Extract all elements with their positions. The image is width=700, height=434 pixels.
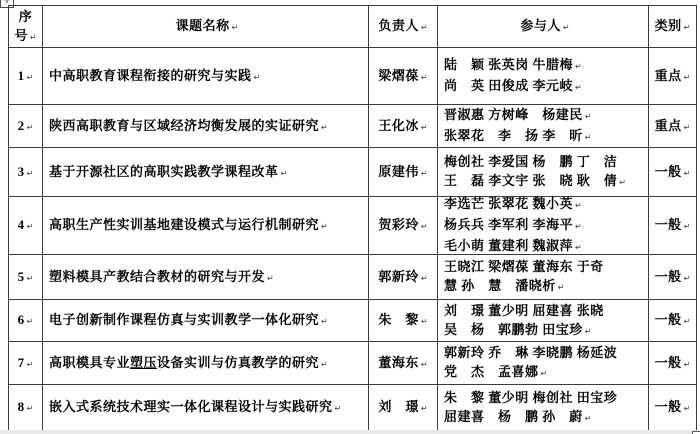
header-line: 类别↵ bbox=[655, 16, 691, 37]
cell-category: 一般↵ bbox=[649, 255, 697, 300]
cell-text: 电子创新制作课程仿真与实训教学一体化研究 bbox=[49, 312, 319, 327]
cell-text: 梁熠葆 bbox=[378, 68, 419, 83]
paragraph-mark-icon: ↵ bbox=[421, 23, 428, 32]
cell-text: 中高职教育课程衔接的研究与实践 bbox=[49, 68, 252, 83]
header-line: 号↵ bbox=[14, 26, 36, 47]
participants-line: 党 杰 孟喜娜↵ bbox=[444, 362, 547, 383]
index-line: 4↵ bbox=[18, 215, 34, 236]
participants-line: 慧 孙 慧 潘晓析↵ bbox=[444, 276, 564, 297]
word-document-page: ✛ 序号↵课题名称↵负责人↵参与人↵类别↵↵1↵中高职教育课程衔接的研究与实践↵… bbox=[0, 0, 700, 434]
topic-line: 塑料模具产教结合教材的研究与开发↵ bbox=[49, 267, 274, 288]
paragraph-mark-icon: ↵ bbox=[558, 283, 565, 292]
paragraph-mark-icon: ↵ bbox=[684, 404, 691, 413]
category-badge: 一般↵ bbox=[655, 267, 691, 288]
paragraph-mark-icon: ↵ bbox=[684, 360, 691, 369]
paragraph-mark-icon: ↵ bbox=[684, 169, 691, 178]
cell-topic: 高职模具专业塑压设备实训与仿真教学的研究↵ bbox=[43, 342, 369, 385]
cell-text: 3 bbox=[18, 164, 25, 179]
cell-index: 3↵ bbox=[9, 148, 43, 197]
participants-line: 刘 璟 董少明 屈建喜 张晓 bbox=[444, 301, 604, 320]
cell-text: 党 杰 孟喜娜 bbox=[444, 364, 539, 379]
cell-text: 吴 杨 郭鹏勃 田宝珍 bbox=[444, 322, 583, 337]
cell-index: 6↵ bbox=[9, 300, 43, 342]
cell-index: 4↵ bbox=[9, 197, 43, 255]
paragraph-mark-icon: ↵ bbox=[575, 201, 582, 210]
cell-text: 王晓江 梁熠葆 董海东 于奇 bbox=[444, 259, 604, 274]
topic-line: 中高职教育课程衔接的研究与实践↵ bbox=[49, 66, 260, 87]
paragraph-mark-icon: ↵ bbox=[27, 274, 34, 283]
cell-index: 8↵ bbox=[9, 385, 43, 431]
cell-participants: 晋淑惠 方树峰 杨建民↵张翠花 李 扬 李 昕↵ bbox=[438, 105, 649, 148]
cell-text: 刘 璟 董少明 屈建喜 张晓 bbox=[444, 303, 604, 318]
paragraph-mark-icon: ↵ bbox=[684, 317, 691, 326]
paragraph-mark-icon: ↵ bbox=[684, 222, 691, 231]
header-cell-category: 类别↵ bbox=[649, 6, 697, 48]
paragraph-mark-icon: ↵ bbox=[575, 62, 582, 71]
category-badge: 重点↵ bbox=[655, 116, 691, 137]
cell-text: 5 bbox=[18, 269, 25, 284]
cell-text: 负责人 bbox=[378, 18, 419, 33]
participants-line: 毛小萌 董建利 魏淑萍↵ bbox=[444, 236, 582, 257]
paragraph-mark-icon: ↵ bbox=[575, 83, 582, 92]
paragraph-mark-icon: ↵ bbox=[619, 178, 626, 187]
paragraph-mark-icon: ↵ bbox=[27, 404, 34, 413]
cell-text: 王化冰 bbox=[378, 118, 419, 133]
paragraph-mark-icon: ↵ bbox=[421, 360, 428, 369]
participants-line: 屈建喜 杨 鹏 孙 蔚↵ bbox=[444, 407, 591, 428]
cell-text: 贺彩玲 bbox=[378, 217, 419, 232]
cell-text: 4 bbox=[18, 217, 25, 232]
paragraph-mark-icon: ↵ bbox=[267, 274, 274, 283]
index-line: 5↵ bbox=[18, 267, 34, 288]
paragraph-mark-icon: ↵ bbox=[281, 169, 288, 178]
paragraph-mark-icon: ↵ bbox=[27, 360, 34, 369]
paragraph-mark-icon: ↵ bbox=[684, 73, 691, 82]
page-edge-strip bbox=[0, 430, 700, 434]
cell-text: 郭新玲 乔 琳 李晓鹏 杨延波 bbox=[444, 345, 617, 360]
header-line: 负责人↵ bbox=[378, 16, 427, 37]
paragraph-mark-icon: ↵ bbox=[321, 123, 328, 132]
leader-line: 郭新玲↵ bbox=[378, 267, 427, 288]
cell-category: 一般↵ bbox=[649, 197, 697, 255]
cell-text: 郭新玲 bbox=[378, 269, 419, 284]
cell-text: 张翠花 李 扬 李 昕 bbox=[444, 128, 583, 143]
participants-line: 张翠花 李 扬 李 昕↵ bbox=[444, 126, 591, 147]
cell-index: 2↵ bbox=[9, 105, 43, 148]
cell-topic: 嵌入式系统技术理实一体化课程设计与实践研究↵ bbox=[43, 385, 369, 431]
category-badge: 一般↵ bbox=[655, 215, 691, 236]
paragraph-mark-icon: ↵ bbox=[335, 404, 342, 413]
cell-text: 晋淑惠 方树峰 杨建民 bbox=[444, 107, 583, 122]
cell-text: 一般 bbox=[655, 399, 682, 414]
category-badge: 一般↵ bbox=[655, 397, 691, 418]
paragraph-mark-icon: ↵ bbox=[27, 73, 34, 82]
cell-topic: 电子创新制作课程仿真与实训教学一体化研究↵ bbox=[43, 300, 369, 342]
cell-category: 一般↵ bbox=[649, 148, 697, 197]
cell-text: 董海东 bbox=[378, 355, 419, 370]
cell-text: 刘 璟 bbox=[378, 399, 419, 414]
header-cell-index: 序号↵ bbox=[9, 6, 43, 48]
cell-text: 重点 bbox=[655, 68, 682, 83]
cell-category: 一般↵ bbox=[649, 385, 697, 431]
cell-topic: 塑料模具产教结合教材的研究与开发↵ bbox=[43, 255, 369, 300]
cell-leader: 原建伟↵ bbox=[369, 148, 438, 197]
cell-text: 类别 bbox=[655, 18, 682, 33]
paragraph-mark-icon: ↵ bbox=[421, 317, 428, 326]
participants-line: 朱 黎 董少明 梅创社 田宝珍 bbox=[444, 388, 617, 407]
paragraph-mark-icon: ↵ bbox=[321, 222, 328, 231]
category-badge: 一般↵ bbox=[655, 353, 691, 374]
cell-text: 原建伟 bbox=[378, 164, 419, 179]
paragraph-mark-icon: ↵ bbox=[563, 23, 570, 32]
cell-text: 基于开源社区的高职实践教学课程改革 bbox=[49, 164, 279, 179]
cell-text: 重点 bbox=[655, 118, 682, 133]
cell-text: 朱 黎 bbox=[378, 312, 419, 327]
topic-line: 高职生产性实训基地建设模式与运行机制研究↵ bbox=[49, 215, 328, 236]
cell-leader: 朱 黎↵ bbox=[369, 300, 438, 342]
cell-participants: 刘 璟 董少明 屈建喜 张晓吴 杨 郭鹏勃 田宝珍↵ bbox=[438, 300, 649, 342]
index-line: 6↵ bbox=[18, 310, 34, 331]
cell-text: 一般 bbox=[655, 269, 682, 284]
paragraph-mark-icon: ↵ bbox=[541, 369, 548, 378]
cell-topic: 中高职教育课程衔接的研究与实践↵ bbox=[43, 48, 369, 105]
category-badge: 一般↵ bbox=[655, 310, 691, 331]
paragraph-mark-icon: ↵ bbox=[321, 317, 328, 326]
results-table: 序号↵课题名称↵负责人↵参与人↵类别↵↵1↵中高职教育课程衔接的研究与实践↵梁熠… bbox=[8, 5, 697, 431]
paragraph-mark-icon: ↵ bbox=[27, 317, 34, 326]
leader-line: 贺彩玲↵ bbox=[378, 215, 427, 236]
cell-text: 朱 黎 董少明 梅创社 田宝珍 bbox=[444, 390, 617, 405]
leader-line: 梁熠葆↵ bbox=[378, 66, 427, 87]
participants-line: 陆 颖 张英岗 牛腊梅↵ bbox=[444, 55, 582, 76]
participants-line: 王晓江 梁熠葆 董海东 于奇 bbox=[444, 257, 604, 276]
cell-index: 1↵ bbox=[9, 48, 43, 105]
cell-text: 杨兵兵 李军利 李海平 bbox=[444, 217, 573, 232]
cell-leader: 郭新玲↵ bbox=[369, 255, 438, 300]
cell-index: 5↵ bbox=[9, 255, 43, 300]
cell-participants: 陆 颖 张英岗 牛腊梅↵尚 英 田俊成 李元岐↵ bbox=[438, 48, 649, 105]
cell-text: 塑料模具产教结合教材的研究与开发 bbox=[49, 269, 265, 284]
cell-text: 王 磊 李文宇 张 晓 耿 倩 bbox=[444, 173, 617, 188]
cell-text: 一般 bbox=[655, 164, 682, 179]
paragraph-mark-icon: ↵ bbox=[254, 73, 261, 82]
paragraph-mark-icon: ↵ bbox=[232, 23, 239, 32]
header-line: 参与人↵ bbox=[520, 16, 569, 37]
participants-line: 王 磊 李文宇 张 晓 耿 倩↵ bbox=[444, 171, 626, 192]
paragraph-mark-icon: ↵ bbox=[30, 33, 37, 42]
cell-text: 陆 颖 张英岗 牛腊梅 bbox=[444, 57, 573, 72]
cell-topic: 陕西高职教育与区域经济均衡发展的实证研究↵ bbox=[43, 105, 369, 148]
cell-text: 梅创社 李爱国 杨 鹏 丁 洁 bbox=[444, 154, 617, 169]
table-header-row: 序号↵课题名称↵负责人↵参与人↵类别↵↵ bbox=[9, 6, 697, 48]
index-line: 7↵ bbox=[18, 353, 34, 374]
participants-line: 郭新玲 乔 琳 李晓鹏 杨延波 bbox=[444, 343, 617, 362]
cell-category: 重点↵ bbox=[649, 48, 697, 105]
paragraph-mark-icon: ↵ bbox=[585, 327, 592, 336]
cell-category: 重点↵ bbox=[649, 105, 697, 148]
table-row: 5↵塑料模具产教结合教材的研究与开发↵郭新玲↵王晓江 梁熠葆 董海东 于奇慧 孙… bbox=[9, 255, 697, 300]
index-line: 8↵ bbox=[18, 397, 34, 418]
index-line: 1↵ bbox=[18, 66, 34, 87]
cell-participants: 王晓江 梁熠葆 董海东 于奇慧 孙 慧 潘晓析↵ bbox=[438, 255, 649, 300]
cell-leader: 贺彩玲↵ bbox=[369, 197, 438, 255]
cell-participants: 梅创社 李爱国 杨 鹏 丁 洁王 磊 李文宇 张 晓 耿 倩↵ bbox=[438, 148, 649, 197]
cell-category: 一般↵ bbox=[649, 342, 697, 385]
index-line: 2↵ bbox=[18, 116, 34, 137]
cell-text: 号 bbox=[14, 28, 28, 43]
cell-text: 嵌入式系统技术理实一体化课程设计与实践研究 bbox=[49, 399, 333, 414]
participants-line: 尚 英 田俊成 李元岐↵ bbox=[444, 76, 582, 97]
paragraph-mark-icon: ↵ bbox=[421, 73, 428, 82]
table-row: 2↵陕西高职教育与区域经济均衡发展的实证研究↵王化冰↵晋淑惠 方树峰 杨建民↵张… bbox=[9, 105, 697, 148]
leader-line: 董海东↵ bbox=[378, 353, 427, 374]
topic-line: 高职模具专业塑压设备实训与仿真教学的研究↵ bbox=[49, 353, 328, 374]
cell-text: 一般 bbox=[655, 355, 682, 370]
cell-text: 参与人 bbox=[520, 18, 561, 33]
paragraph-mark-icon: ↵ bbox=[575, 243, 582, 252]
topic-line: 嵌入式系统技术理实一体化课程设计与实践研究↵ bbox=[49, 397, 341, 418]
cell-text: 课题名称 bbox=[176, 18, 230, 33]
participants-line: 杨兵兵 李军利 李海平↵ bbox=[444, 215, 582, 236]
cell-text: 7 bbox=[18, 355, 25, 370]
cell-text: 一般 bbox=[655, 312, 682, 327]
cell-text: 8 bbox=[18, 399, 25, 414]
header-cell-participants: 参与人↵ bbox=[438, 6, 649, 48]
cell-text: 2 bbox=[18, 118, 25, 133]
participants-line: 梅创社 李爱国 杨 鹏 丁 洁 bbox=[444, 152, 617, 171]
header-cell-topic: 课题名称↵ bbox=[43, 6, 369, 48]
paragraph-mark-icon: ↵ bbox=[27, 123, 34, 132]
paragraph-mark-icon: ↵ bbox=[421, 222, 428, 231]
paragraph-mark-icon: ↵ bbox=[684, 274, 691, 283]
underlined-text: 塑压 bbox=[130, 355, 157, 370]
index-line: 3↵ bbox=[18, 162, 34, 183]
cell-text: 高职模具专业塑压设备实训与仿真教学的研究 bbox=[49, 355, 319, 370]
paragraph-mark-icon: ↵ bbox=[684, 123, 691, 132]
cell-text: 李选芒 张翠花 魏小英 bbox=[444, 196, 573, 211]
paragraph-mark-icon: ↵ bbox=[421, 404, 428, 413]
cell-participants: 郭新玲 乔 琳 李晓鹏 杨延波党 杰 孟喜娜↵ bbox=[438, 342, 649, 385]
paragraph-mark-icon: ↵ bbox=[421, 169, 428, 178]
paragraph-mark-icon: ↵ bbox=[684, 23, 691, 32]
cell-index: 7↵ bbox=[9, 342, 43, 385]
cell-category: 一般↵ bbox=[649, 300, 697, 342]
category-badge: 一般↵ bbox=[655, 162, 691, 183]
cell-text: 毛小萌 董建利 魏淑萍 bbox=[444, 238, 573, 253]
table-row: 4↵高职生产性实训基地建设模式与运行机制研究↵贺彩玲↵李选芒 张翠花 魏小英↵杨… bbox=[9, 197, 697, 255]
table-row: 1↵中高职教育课程衔接的研究与实践↵梁熠葆↵陆 颖 张英岗 牛腊梅↵尚 英 田俊… bbox=[9, 48, 697, 105]
cell-text: 一般 bbox=[655, 217, 682, 232]
cell-participants: 朱 黎 董少明 梅创社 田宝珍屈建喜 杨 鹏 孙 蔚↵ bbox=[438, 385, 649, 431]
cell-text: 尚 英 田俊成 李元岐 bbox=[444, 78, 573, 93]
header-cell-leader: 负责人↵ bbox=[369, 6, 438, 48]
participants-line: 晋淑惠 方树峰 杨建民↵ bbox=[444, 105, 591, 126]
table-row: 6↵电子创新制作课程仿真与实训教学一体化研究↵朱 黎↵刘 璟 董少明 屈建喜 张… bbox=[9, 300, 697, 342]
leader-line: 原建伟↵ bbox=[378, 162, 427, 183]
cell-text: 慧 孙 慧 潘晓析 bbox=[444, 278, 556, 293]
cell-participants: 李选芒 张翠花 魏小英↵杨兵兵 李军利 李海平↵毛小萌 董建利 魏淑萍↵ bbox=[438, 197, 649, 255]
paragraph-mark-icon: ↵ bbox=[575, 222, 582, 231]
cell-text: 屈建喜 杨 鹏 孙 蔚 bbox=[444, 409, 583, 424]
header-line: 课题名称↵ bbox=[176, 16, 239, 37]
participants-line: 吴 杨 郭鹏勃 田宝珍↵ bbox=[444, 320, 591, 341]
cell-text: 序 bbox=[19, 9, 33, 24]
category-badge: 重点↵ bbox=[655, 66, 691, 87]
paragraph-mark-icon: ↵ bbox=[27, 222, 34, 231]
table-row: 3↵基于开源社区的高职实践教学课程改革↵原建伟↵梅创社 李爱国 杨 鹏 丁 洁王… bbox=[9, 148, 697, 197]
topic-line: 基于开源社区的高职实践教学课程改革↵ bbox=[49, 162, 287, 183]
cell-text: 陕西高职教育与区域经济均衡发展的实证研究 bbox=[49, 118, 319, 133]
topic-line: 电子创新制作课程仿真与实训教学一体化研究↵ bbox=[49, 310, 328, 331]
table-row: 8↵嵌入式系统技术理实一体化课程设计与实践研究↵刘 璟↵朱 黎 董少明 梅创社 … bbox=[9, 385, 697, 431]
paragraph-mark-icon: ↵ bbox=[321, 360, 328, 369]
cell-text: 1 bbox=[18, 68, 25, 83]
topic-line: 陕西高职教育与区域经济均衡发展的实证研究↵ bbox=[49, 116, 328, 137]
cell-text: 高职生产性实训基地建设模式与运行机制研究 bbox=[49, 217, 319, 232]
cell-leader: 梁熠葆↵ bbox=[369, 48, 438, 105]
cell-leader: 董海东↵ bbox=[369, 342, 438, 385]
paragraph-mark-icon: ↵ bbox=[27, 169, 34, 178]
paragraph-mark-icon: ↵ bbox=[585, 112, 592, 121]
header-line: 序 bbox=[19, 7, 33, 26]
participants-line: 李选芒 张翠花 魏小英↵ bbox=[444, 194, 582, 215]
cell-topic: 高职生产性实训基地建设模式与运行机制研究↵ bbox=[43, 197, 369, 255]
cell-text: 6 bbox=[18, 312, 25, 327]
leader-line: 王化冰↵ bbox=[378, 116, 427, 137]
paragraph-mark-icon: ↵ bbox=[585, 414, 592, 423]
paragraph-mark-icon: ↵ bbox=[421, 274, 428, 283]
leader-line: 刘 璟↵ bbox=[378, 397, 427, 418]
table-row: 7↵高职模具专业塑压设备实训与仿真教学的研究↵董海东↵郭新玲 乔 琳 李晓鹏 杨… bbox=[9, 342, 697, 385]
cell-leader: 刘 璟↵ bbox=[369, 385, 438, 431]
paragraph-mark-icon: ↵ bbox=[421, 123, 428, 132]
leader-line: 朱 黎↵ bbox=[378, 310, 427, 331]
cell-topic: 基于开源社区的高职实践教学课程改革↵ bbox=[43, 148, 369, 197]
paragraph-mark-icon: ↵ bbox=[585, 133, 592, 142]
cell-leader: 王化冰↵ bbox=[369, 105, 438, 148]
